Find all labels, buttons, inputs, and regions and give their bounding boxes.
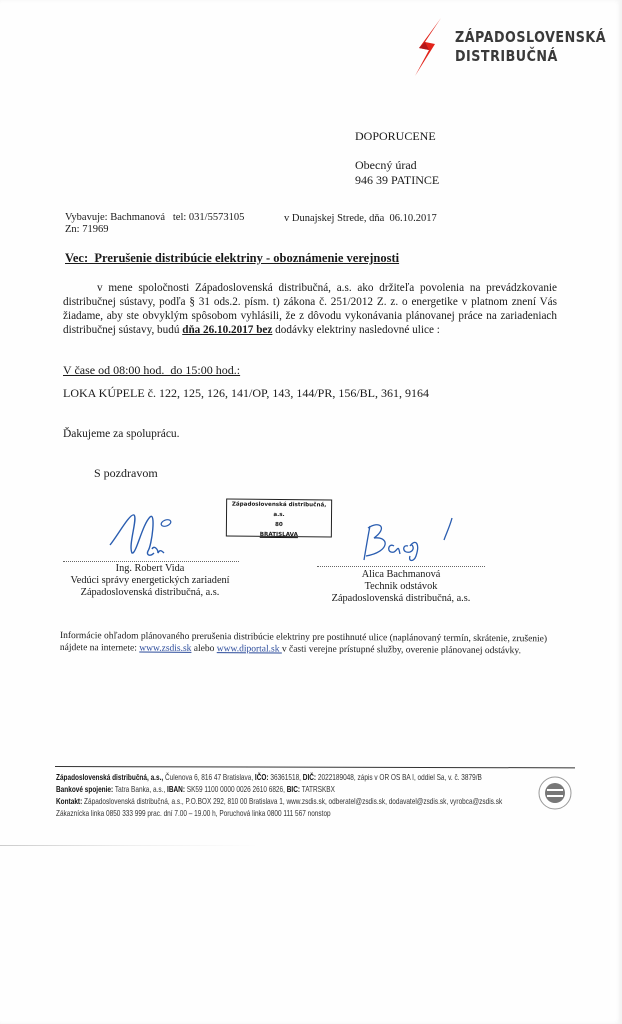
handler: Vybavuje: Bachmanová tel: 031/5573105 — [65, 212, 244, 224]
signatory-1-title: Vedúci správy energetických zariadení — [55, 575, 245, 587]
outage-time: V čase od 08:00 hod. do 15:00 hod.: — [63, 363, 240, 378]
signatory-2-title: Technik odstávok — [314, 581, 488, 593]
footer-contact-label: Kontakt: — [56, 796, 82, 806]
footer-hotline: Zákaznícka linka 0850 333 999 prac. dní … — [56, 807, 430, 819]
regards-line: S pozdravom — [94, 466, 158, 481]
signatory-2-company: Západoslovenská distribučná, a.s. — [314, 593, 488, 605]
signatory-2-name: Alica Bachmanová — [314, 569, 488, 581]
stamp-company: Západoslovenská distribučná, a.s. — [227, 500, 331, 521]
stamp-city: BRATISLAVA — [227, 530, 331, 541]
recipient-address: DOPORUCENE Obecný úrad 946 39 PATINCE — [355, 129, 439, 188]
footer-contact: Západoslovenská distribučná, a.s., P.O.B… — [82, 796, 502, 806]
info-note: Informácie ohľadom plánovaného prerušeni… — [60, 630, 560, 657]
logo-line-1: ZÁPADOSLOVENSKÁ — [455, 28, 606, 47]
signature-bachmanova — [360, 516, 470, 566]
info-text-2: alebo — [191, 644, 216, 654]
eec-certified-icon — [538, 776, 572, 810]
footer-ico: 36361518, — [269, 772, 303, 782]
signatory-2: Alica Bachmanová Technik odstávok Západo… — [314, 569, 488, 605]
footer-bank-line: Bankové spojenie: Tatra Banka, a.s., IBA… — [56, 783, 430, 795]
footer-divider — [55, 766, 575, 768]
recipient-name: Obecný úrad — [355, 158, 439, 173]
footer-bic: TATRSKBX — [300, 784, 335, 794]
company-stamp: Západoslovenská distribučná, a.s. 80 BRA… — [226, 499, 332, 538]
recipient-postal: 946 39 PATINCE — [355, 173, 439, 188]
link-diportal[interactable]: www.diportal.sk — [217, 644, 282, 654]
body-part-2: dodávky elektriny nasledovné ulice : — [272, 324, 439, 336]
signatory-1: Ing. Robert Vida Vedúci správy energetic… — [55, 563, 245, 599]
place-date: v Dunajskej Strede, dňa 06.10.2017 — [284, 213, 437, 224]
body-paragraph: v mene spoločnosti Západoslovenská distr… — [63, 281, 557, 337]
footer-dic-label: DIČ: — [303, 772, 316, 782]
letter-meta: Vybavuje: Bachmanová tel: 031/5573105 Zn… — [65, 212, 244, 236]
letter-footer: Západoslovenská distribučná, a.s., Čulen… — [56, 771, 430, 819]
footer-bank: Tatra Banka, a.s., — [113, 784, 167, 794]
footer-iban: SK59 1100 0000 0026 2610 6826, — [185, 784, 287, 794]
footer-iban-label: IBAN: — [167, 784, 185, 794]
lightning-bolt-icon — [413, 18, 443, 76]
scan-artifact — [0, 845, 260, 846]
letter-page: ZÁPADOSLOVENSKÁ DISTRIBUČNÁ DOPORUCENE O… — [0, 0, 622, 1024]
signature-line-2 — [317, 566, 485, 567]
signatory-1-name: Ing. Robert Vida — [55, 563, 245, 575]
footer-dic: 2022189048, zápis v OR OS BA I, oddiel S… — [316, 772, 482, 782]
subject-line: Vec: Prerušenie distribúcie elektriny - … — [65, 251, 399, 266]
footer-bank-label: Bankové spojenie: — [56, 784, 113, 794]
affected-streets: LOKA KÚPELE č. 122, 125, 126, 141/OP, 14… — [63, 386, 429, 401]
signature-vida — [108, 505, 183, 560]
body-emphasis: dňa 26.10.2017 bez — [182, 324, 272, 336]
signature-line-1 — [63, 561, 239, 562]
thanks-line: Ďakujeme za spoluprácu. — [63, 428, 180, 440]
logo-line-2: DISTRIBUČNÁ — [455, 47, 606, 66]
reference-number: Zn: 71969 — [65, 224, 244, 236]
company-logo: ZÁPADOSLOVENSKÁ DISTRIBUČNÁ — [413, 18, 603, 78]
signatory-1-company: Západoslovenská distribučná, a.s. — [55, 587, 245, 599]
info-text-3: v časti verejne prístupné služby, overen… — [282, 645, 521, 657]
footer-company-label: Západoslovenská distribučná, a.s., — [56, 772, 163, 782]
footer-ico-label: IČO: — [255, 772, 269, 782]
footer-company-line: Západoslovenská distribučná, a.s., Čulen… — [56, 771, 430, 783]
footer-bic-label: BIC: — [287, 784, 300, 794]
footer-company-addr: Čulenova 6, 816 47 Bratislava, — [163, 772, 255, 782]
footer-contact-line: Kontakt: Západoslovenská distribučná, a.… — [56, 795, 430, 807]
link-zsdis[interactable]: www.zsdis.sk — [139, 644, 191, 654]
delivery-type: DOPORUCENE — [355, 129, 439, 144]
